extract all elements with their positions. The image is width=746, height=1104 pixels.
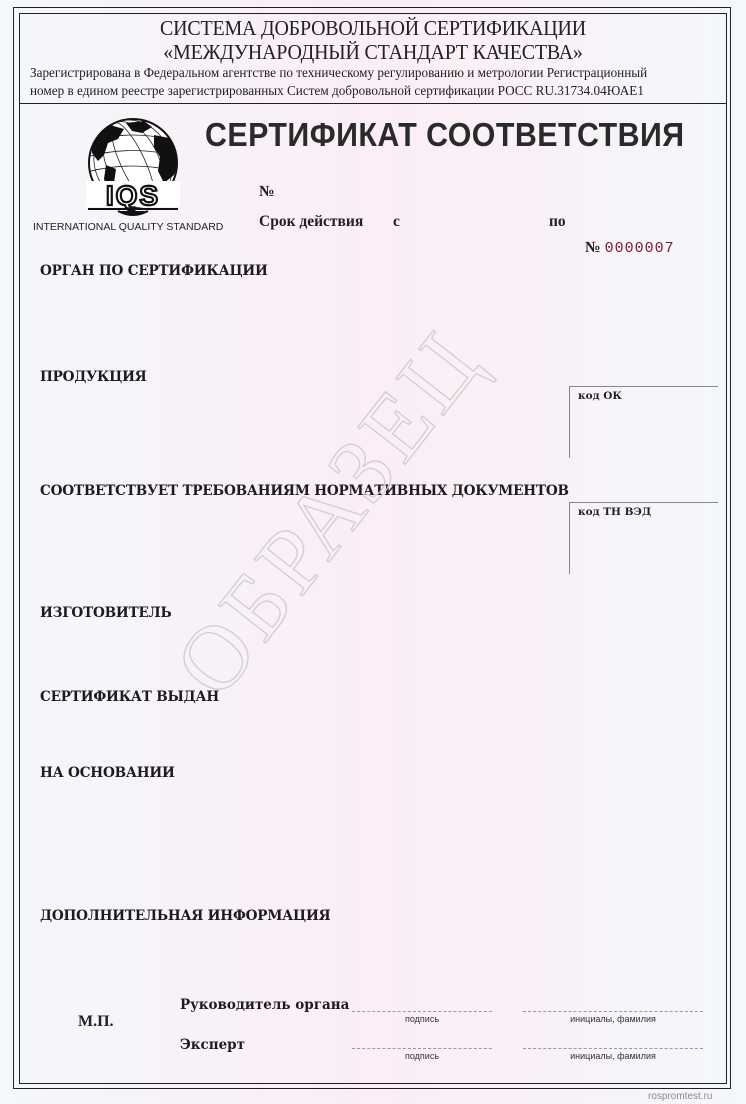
expert-label: Эксперт [180, 1037, 245, 1053]
ok-code-box: код ОК [569, 386, 718, 458]
serial-number: № 0000007 [585, 239, 675, 257]
system-title-line1: СИСТЕМА ДОБРОВОЛЬНОЙ СЕРТИФИКАЦИИ [37, 16, 710, 41]
globe-icon: IQS [78, 113, 188, 221]
label-manufacturer: ИЗГОТОВИТЕЛЬ [40, 605, 171, 621]
head-signature-caption: подпись [352, 1014, 492, 1024]
label-additional-info: ДОПОЛНИТЕЛЬНАЯ ИНФОРМАЦИЯ [40, 908, 330, 924]
iqs-logo: IQS [78, 113, 188, 221]
serial-number-label: № [585, 239, 601, 256]
registration-line1: Зарегистрирована в Федеральном агентстве… [30, 64, 720, 82]
svg-text:IQS: IQS [106, 180, 160, 211]
head-name-caption: инициалы, фамилия [523, 1014, 703, 1024]
label-certification-body: ОРГАН ПО СЕРТИФИКАЦИИ [40, 263, 268, 279]
serial-number-value: 0000007 [605, 240, 675, 257]
validity-from-label: с [393, 213, 400, 231]
label-issued-to: СЕРТИФИКАТ ВЫДАН [40, 689, 219, 705]
certificate-number-label: № [259, 183, 275, 201]
tn-ved-code-label: код ТН ВЭД [578, 506, 651, 518]
head-name-line [523, 1011, 703, 1012]
site-watermark: rospromtest.ru [648, 1091, 712, 1102]
expert-name-caption: инициалы, фамилия [523, 1051, 703, 1061]
header-divider [19, 103, 727, 104]
expert-signature-caption: подпись [352, 1051, 492, 1061]
stamp-label: М.П. [78, 1013, 114, 1031]
system-title-line2: «МЕЖДУНАРОДНЫЙ СТАНДАРТ КАЧЕСТВА» [37, 40, 710, 65]
registration-line2: номер в едином реестре зарегистрированны… [30, 82, 720, 100]
label-product: ПРОДУКЦИЯ [40, 369, 147, 385]
tn-ved-code-box: код ТН ВЭД [569, 502, 718, 574]
validity-label: Срок действия [259, 213, 363, 231]
logo-caption: INTERNATIONAL QUALITY STANDARD [33, 221, 223, 233]
expert-signature-line [352, 1048, 492, 1049]
ok-code-label: код ОК [578, 390, 622, 402]
validity-to-label: по [549, 213, 566, 231]
head-label: Руководитель органа [180, 997, 349, 1013]
expert-name-line [523, 1048, 703, 1049]
label-basis: НА ОСНОВАНИИ [40, 765, 175, 781]
head-signature-line [352, 1011, 492, 1012]
certificate-title: СЕРТИФИКАТ СООТВЕТСТВИЯ [205, 116, 685, 154]
registration-text: Зарегистрирована в Федеральном агентстве… [30, 64, 720, 100]
